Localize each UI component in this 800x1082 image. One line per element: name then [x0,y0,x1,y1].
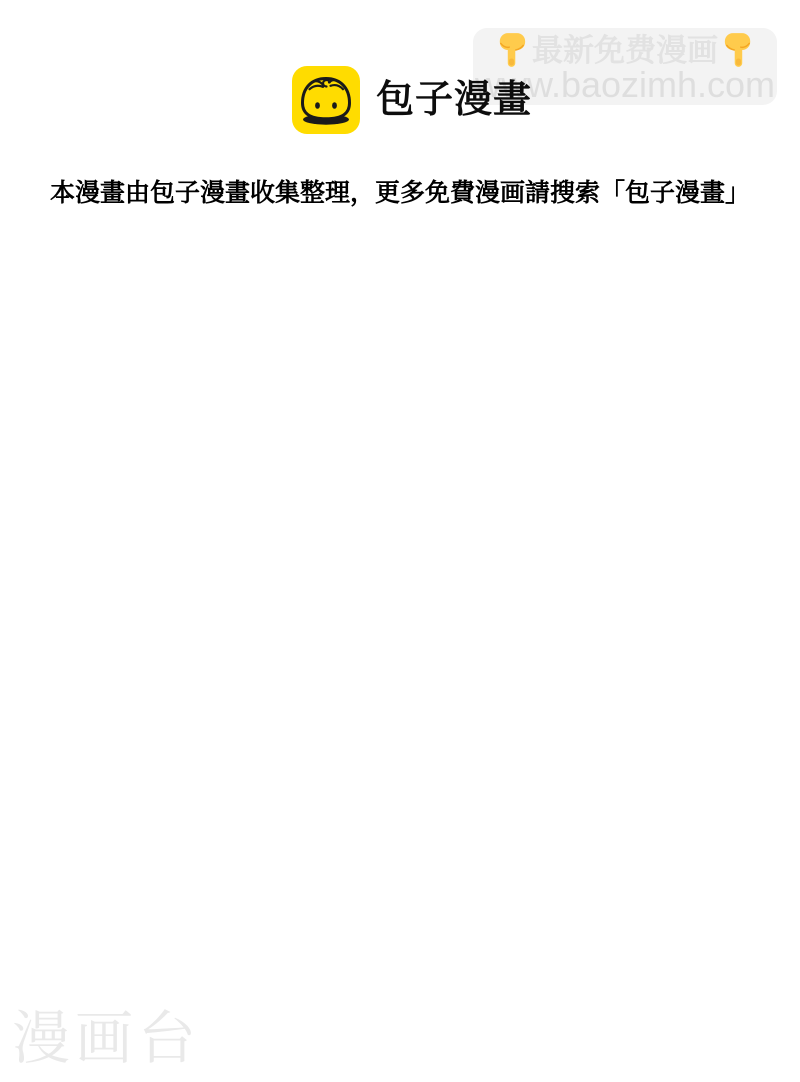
banner-promo-text: 最新免费漫画 [532,35,718,66]
app-name-title: 包子漫畫 [376,81,532,119]
baozi-app-icon [292,66,360,134]
source-watermark-text: 漫画台 [12,1006,201,1073]
collection-notice-text: 本漫畫由包子漫畫收集整理，更多免費漫画請搜索「包子漫畫」 [0,177,800,210]
pointing-down-hand-icon [723,31,753,69]
app-logo-block: 包子漫畫 [292,66,532,134]
comic-page: 最新免费漫画 www.baozimh.com [0,0,800,1082]
